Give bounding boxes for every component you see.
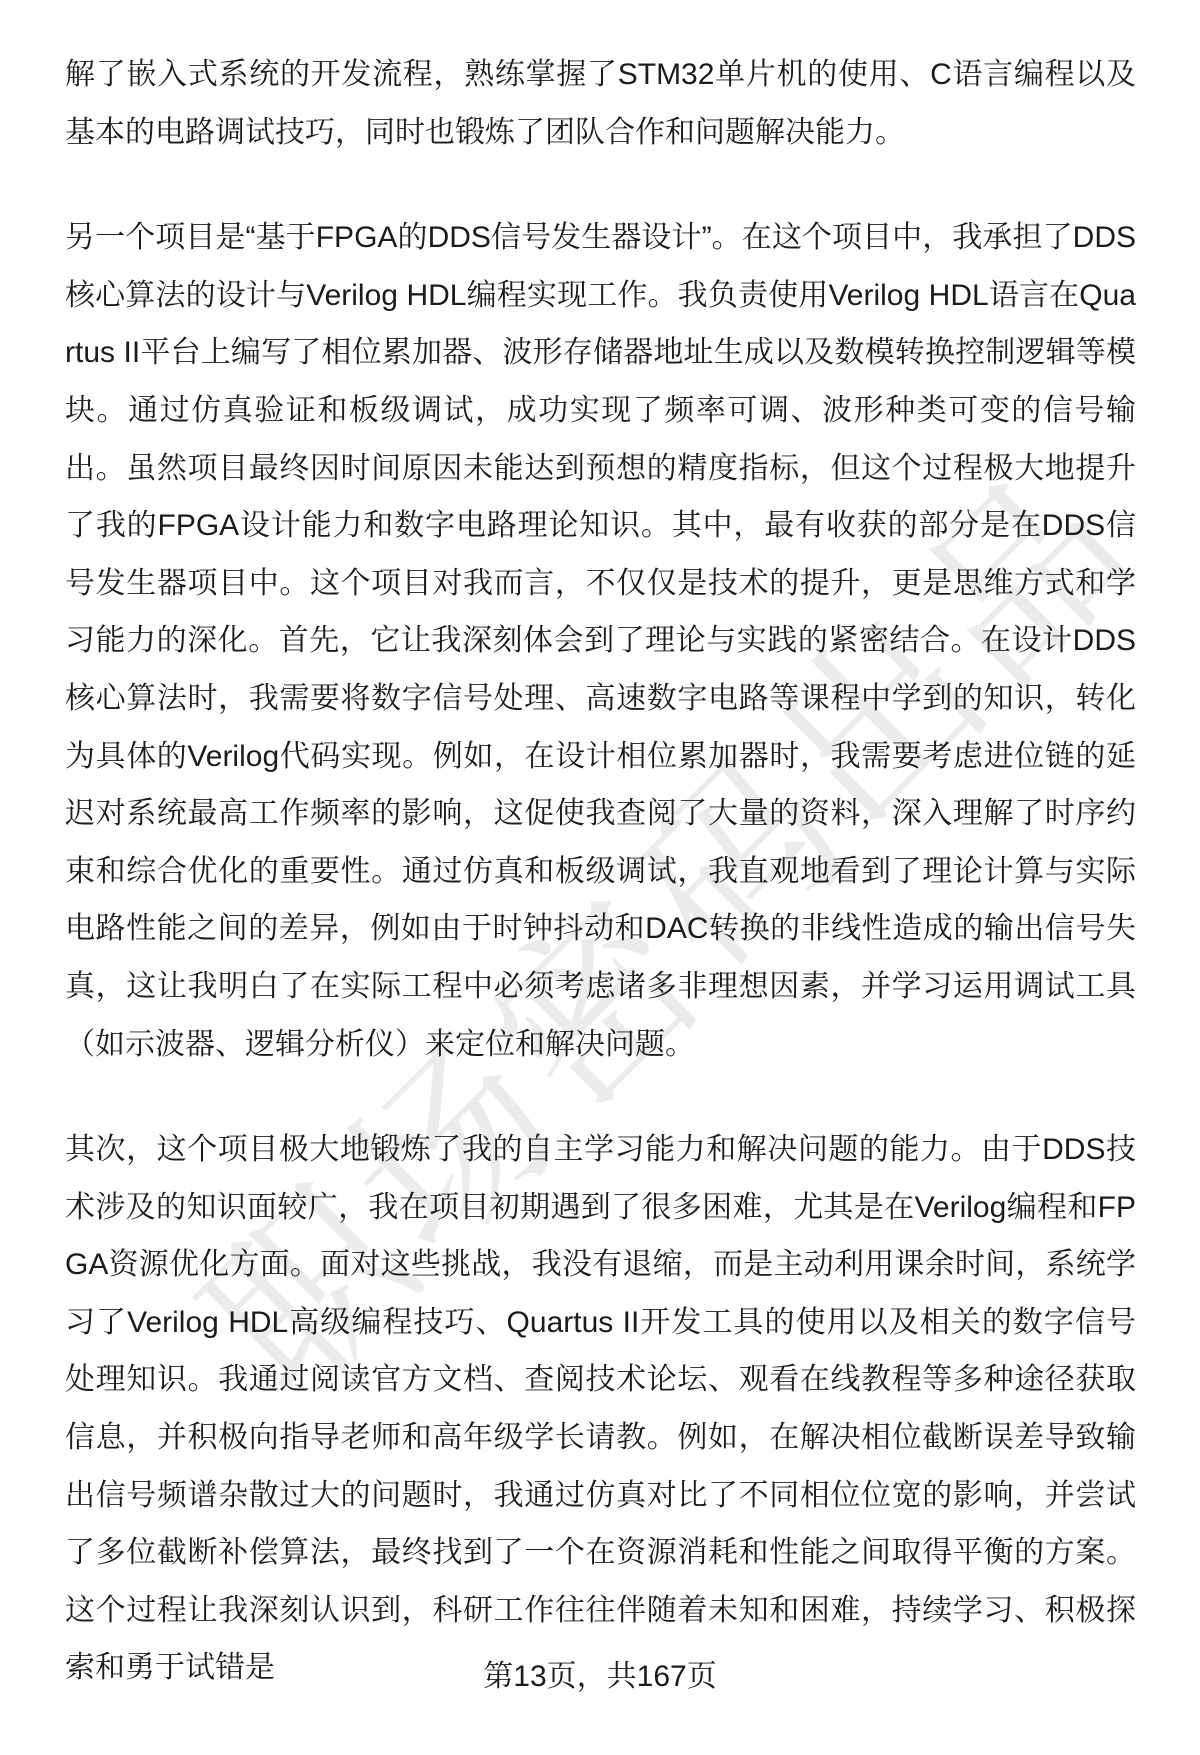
page-body-text: 解了嵌入式系统的开发流程，熟练掌握了STM32单片机的使用、C语言编程以及基本的… bbox=[65, 46, 1136, 1745]
paragraph: 另一个项目是“基于FPGA的DDS信号发生器设计”。在这个项目中，我承担了DDS… bbox=[65, 209, 1136, 1073]
paragraph: 其次，这个项目极大地锻炼了我的自主学习能力和解决问题的能力。由于DDS技术涉及的… bbox=[65, 1121, 1136, 1697]
document-page: 职场密码出品 解了嵌入式系统的开发流程，熟练掌握了STM32单片机的使用、C语言… bbox=[0, 0, 1200, 1755]
page-number-indicator: 第13页，共167页 bbox=[0, 1648, 1200, 1706]
paragraph: 解了嵌入式系统的开发流程，熟练掌握了STM32单片机的使用、C语言编程以及基本的… bbox=[65, 46, 1136, 161]
